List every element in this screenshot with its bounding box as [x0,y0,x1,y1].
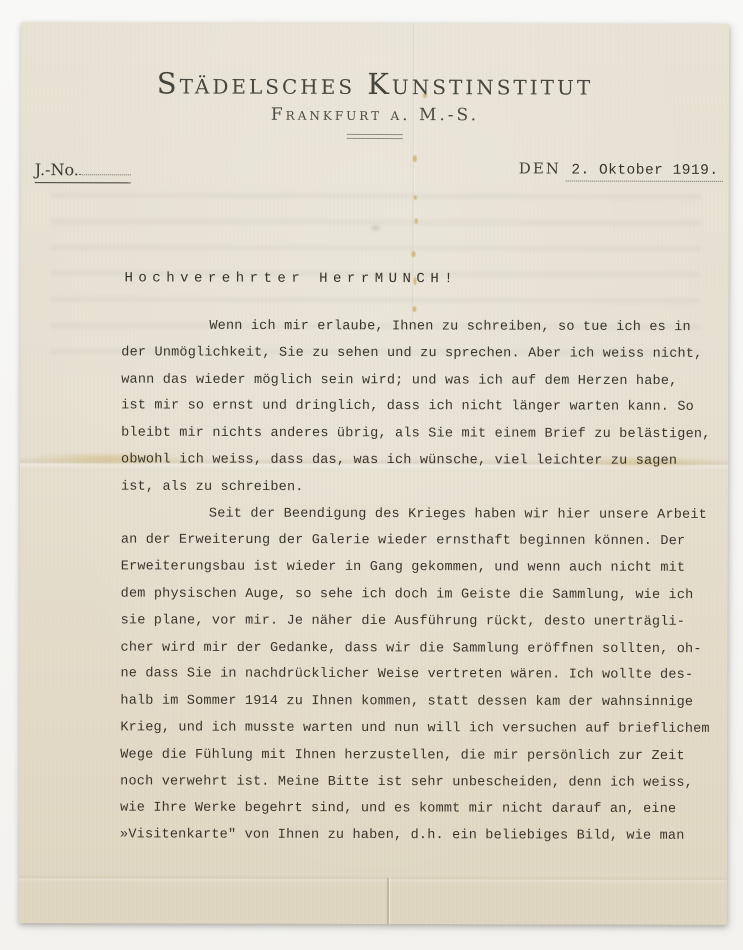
body-line: noch verwehrt ist. Meine Bitte ist sehr … [120,769,720,797]
body-line: sie plane, vor mir. Je näher die Ausführ… [121,608,721,636]
body-line: Krieg, und ich musste warten und nun wil… [120,715,720,743]
stain [412,306,416,312]
stain [415,218,418,224]
body-line: ist, als zu schreiben. [121,474,721,502]
institution-city: Frankfurt a. M.-S. [21,104,729,126]
journal-number-label: J.-No. [35,160,79,179]
stain [412,251,416,257]
body-line: Wege die Fühlung mit Ihnen herzustellen,… [120,742,720,770]
body-line: obwohl ich weiss, dass das, was ich wüns… [121,447,721,475]
lower-fold-crease [19,874,727,884]
letter-body: Wenn ich mir erlaube, Ihnen zu schreiben… [120,313,721,851]
body-line: ist mir so ernst und dringlich, dass ich… [121,394,721,422]
stain [369,223,383,233]
letterhead-rule [347,134,403,139]
dateline: Den 2. Oktober 1919. [519,159,723,179]
body-line: halb im Sommer 1914 zu Ihnen kommen, sta… [120,689,720,717]
stain [413,155,417,162]
journal-number-blank-line [79,162,131,175]
body-line: wann das wieder möglich sein wird; und w… [121,367,721,395]
date-label: Den [519,159,561,177]
body-line: Wenn ich mir erlaube, Ihnen zu schreiben… [121,314,721,342]
letter-paper: Städelsches Kunstinstitut Frankfurt a. M… [19,22,729,925]
body-line: der Unmöglichkeit, Sie zu sehen und zu s… [121,340,721,368]
body-line: »Visitenkarte" von Ihnen zu haben, d.h. … [120,822,720,850]
body-line: Seit der Beendigung des Krieges haben wi… [121,501,721,529]
body-line: cher wird mir der Gedanke, dass wir die … [121,635,721,663]
institution-name: Städelsches Kunstinstitut [21,68,729,102]
body-line: dem physischen Auge, so sehe ich doch im… [121,582,721,610]
journal-number-field: J.-No. [35,160,131,183]
scan-background: Städelsches Kunstinstitut Frankfurt a. M… [0,0,743,950]
letterhead: Städelsches Kunstinstitut Frankfurt a. M… [21,68,729,140]
body-line: wie Ihre Werke begehrt sind, und es komm… [120,796,720,824]
body-line: Erweiterungsbau ist wieder in Gang gekom… [121,555,721,583]
body-line: an der Erweiterung der Galerie wieder er… [121,528,721,556]
date-value: 2. Oktober 1919. [565,162,722,181]
body-line: ne dass Sie in nachdrücklicher Weise ver… [120,662,720,690]
bottom-fold-notch [387,878,389,924]
body-line: bleibt mir nichts anderes übrig, als Sie… [121,421,721,449]
salutation: Hochverehrter HerrMUNCH! [124,270,458,287]
stain [414,195,417,200]
